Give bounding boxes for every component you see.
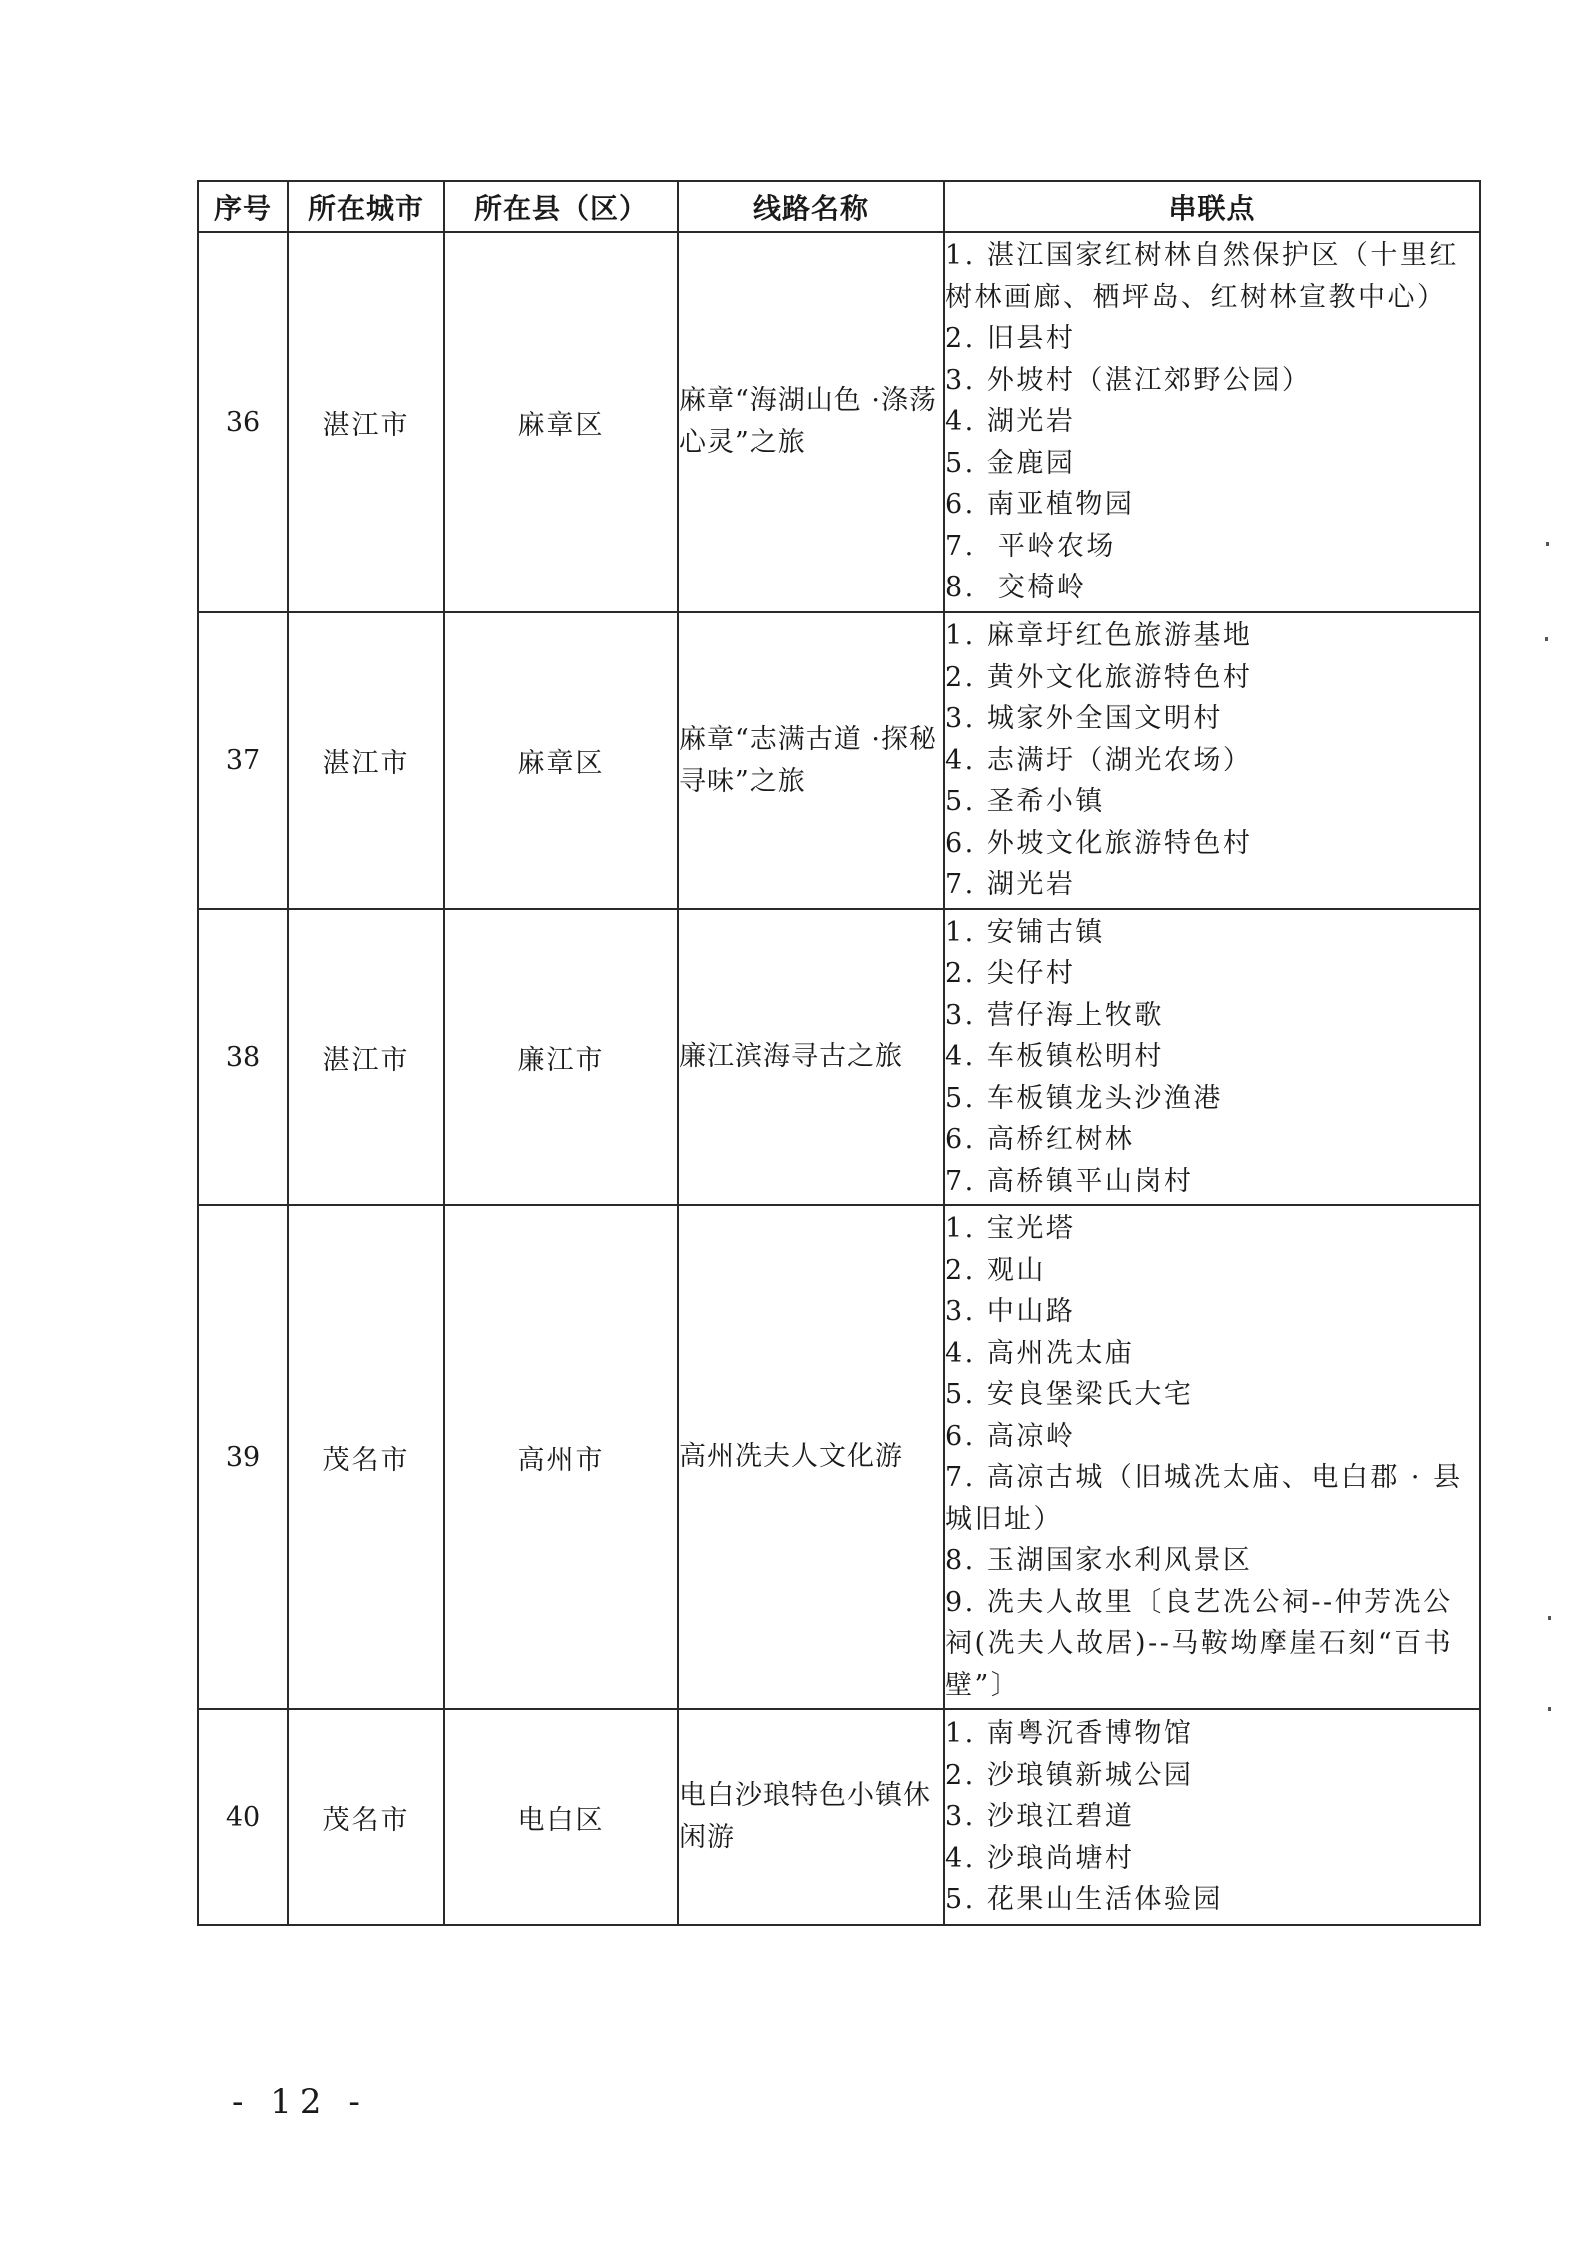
- point-item: 2. 尖仔村: [945, 953, 1479, 995]
- header-route: 线路名称: [678, 181, 944, 232]
- point-item: 7. 高凉古城（旧城冼太庙、电白郡 · 县城旧址）: [945, 1457, 1479, 1540]
- row-county: 麻章区: [444, 232, 678, 612]
- point-item: 7. 平岭农场: [945, 526, 1479, 568]
- header-points: 串联点: [944, 181, 1480, 232]
- point-item: 5. 花果山生活体验园: [945, 1879, 1479, 1921]
- row-points: 1. 宝光塔 2. 观山 3. 中山路 4. 高州冼太庙 5. 安良堡梁氏大宅 …: [944, 1205, 1480, 1709]
- point-item: 4. 高州冼太庙: [945, 1333, 1479, 1375]
- row-route: 麻章“海湖山色 ·涤荡心灵”之旅: [678, 232, 944, 612]
- point-item: 5. 圣希小镇: [945, 781, 1479, 823]
- point-item: 1. 湛江国家红树林自然保护区（十里红树林画廊、栖坪岛、红树林宣教中心）: [945, 235, 1479, 318]
- row-city: 茂名市: [288, 1205, 444, 1709]
- point-item: 6. 外坡文化旅游特色村: [945, 823, 1479, 865]
- table-row: 40 茂名市 电白区 电白沙琅特色小镇休闲游 1. 南粤沉香博物馆 2. 沙琅镇…: [198, 1709, 1480, 1925]
- point-item: 1. 安铺古镇: [945, 912, 1479, 954]
- table-row: 36 湛江市 麻章区 麻章“海湖山色 ·涤荡心灵”之旅 1. 湛江国家红树林自然…: [198, 232, 1480, 612]
- header-no: 序号: [198, 181, 288, 232]
- row-city: 湛江市: [288, 909, 444, 1205]
- row-route: 高州冼夫人文化游: [678, 1205, 944, 1709]
- row-county: 廉江市: [444, 909, 678, 1205]
- header-city: 所在城市: [288, 181, 444, 232]
- row-points: 1. 湛江国家红树林自然保护区（十里红树林画廊、栖坪岛、红树林宣教中心） 2. …: [944, 232, 1480, 612]
- tourism-routes-table: 序号 所在城市 所在县（区） 线路名称 串联点 36 湛江市 麻章区 麻章“海湖…: [197, 180, 1481, 1926]
- row-city: 湛江市: [288, 612, 444, 909]
- table-header-row: 序号 所在城市 所在县（区） 线路名称 串联点: [198, 181, 1480, 232]
- row-county: 电白区: [444, 1709, 678, 1925]
- point-item: 3. 外坡村（湛江郊野公园）: [945, 360, 1479, 402]
- row-points: 1. 安铺古镇 2. 尖仔村 3. 营仔海上牧歌 4. 车板镇松明村 5. 车板…: [944, 909, 1480, 1205]
- point-item: 3. 营仔海上牧歌: [945, 995, 1479, 1037]
- point-item: 3. 沙琅江碧道: [945, 1796, 1479, 1838]
- point-item: 6. 南亚植物园: [945, 484, 1479, 526]
- point-item: 9. 冼夫人故里〔良艺冼公祠--仲芳冼公祠(冼夫人故居)--马鞍坳摩崖石刻“百书…: [945, 1582, 1479, 1707]
- row-city: 湛江市: [288, 232, 444, 612]
- row-no: 36: [198, 232, 288, 612]
- point-item: 6. 高凉岭: [945, 1416, 1479, 1458]
- row-county: 麻章区: [444, 612, 678, 909]
- scan-speck: [1548, 1707, 1551, 1711]
- row-points: 1. 麻章圩红色旅游基地 2. 黄外文化旅游特色村 3. 城家外全国文明村 4.…: [944, 612, 1480, 909]
- point-item: 1. 宝光塔: [945, 1208, 1479, 1250]
- point-item: 7. 湖光岩: [945, 864, 1479, 906]
- point-item: 2. 观山: [945, 1250, 1479, 1292]
- scan-speck: [1548, 1616, 1551, 1620]
- point-item: 5. 金鹿园: [945, 443, 1479, 485]
- row-no: 39: [198, 1205, 288, 1709]
- point-item: 7. 高桥镇平山岗村: [945, 1161, 1479, 1203]
- row-no: 37: [198, 612, 288, 909]
- document-page: 序号 所在城市 所在县（区） 线路名称 串联点 36 湛江市 麻章区 麻章“海湖…: [0, 0, 1587, 2246]
- row-points: 1. 南粤沉香博物馆 2. 沙琅镇新城公园 3. 沙琅江碧道 4. 沙琅尚塘村 …: [944, 1709, 1480, 1925]
- row-no: 38: [198, 909, 288, 1205]
- row-route: 电白沙琅特色小镇休闲游: [678, 1709, 944, 1925]
- point-item: 6. 高桥红树林: [945, 1119, 1479, 1161]
- row-city: 茂名市: [288, 1709, 444, 1925]
- table-row: 37 湛江市 麻章区 麻章“志满古道 ·探秘寻味”之旅 1. 麻章圩红色旅游基地…: [198, 612, 1480, 909]
- point-item: 5. 安良堡梁氏大宅: [945, 1374, 1479, 1416]
- row-county: 高州市: [444, 1205, 678, 1709]
- point-item: 4. 沙琅尚塘村: [945, 1838, 1479, 1880]
- scan-speck: [1546, 542, 1549, 546]
- table-row: 39 茂名市 高州市 高州冼夫人文化游 1. 宝光塔 2. 观山 3. 中山路 …: [198, 1205, 1480, 1709]
- header-county: 所在县（区）: [444, 181, 678, 232]
- point-item: 1. 南粤沉香博物馆: [945, 1713, 1479, 1755]
- scan-speck: [1545, 637, 1548, 641]
- point-item: 2. 旧县村: [945, 318, 1479, 360]
- point-item: 8. 玉湖国家水利风景区: [945, 1540, 1479, 1582]
- page-number: - 12 -: [232, 2082, 368, 2122]
- point-item: 1. 麻章圩红色旅游基地: [945, 615, 1479, 657]
- point-item: 3. 中山路: [945, 1291, 1479, 1333]
- row-route: 廉江滨海寻古之旅: [678, 909, 944, 1205]
- row-no: 40: [198, 1709, 288, 1925]
- point-item: 3. 城家外全国文明村: [945, 698, 1479, 740]
- point-item: 2. 黄外文化旅游特色村: [945, 657, 1479, 699]
- point-item: 4. 湖光岩: [945, 401, 1479, 443]
- table-row: 38 湛江市 廉江市 廉江滨海寻古之旅 1. 安铺古镇 2. 尖仔村 3. 营仔…: [198, 909, 1480, 1205]
- row-route: 麻章“志满古道 ·探秘寻味”之旅: [678, 612, 944, 909]
- point-item: 4. 车板镇松明村: [945, 1036, 1479, 1078]
- point-item: 5. 车板镇龙头沙渔港: [945, 1078, 1479, 1120]
- point-item: 2. 沙琅镇新城公园: [945, 1755, 1479, 1797]
- point-item: 4. 志满圩（湖光农场）: [945, 740, 1479, 782]
- point-item: 8. 交椅岭: [945, 567, 1479, 609]
